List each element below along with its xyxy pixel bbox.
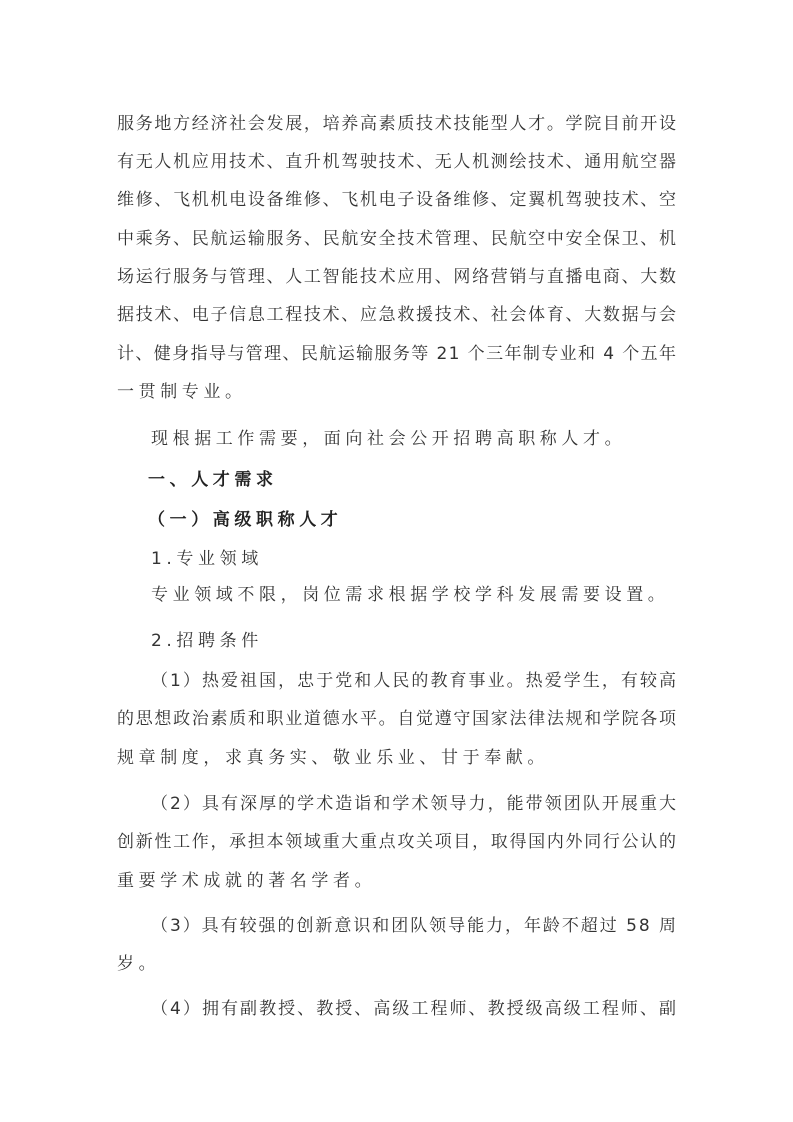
section-heading: （一）高级职称人才 — [148, 508, 342, 532]
paragraph-line: 有无人机应用技术、直升机驾驶技术、无人机测绘技术、通用航空器 — [117, 150, 678, 174]
paragraph-line: （3）具有较强的创新意识和团队领导能力，年龄不超过 58 周 — [151, 914, 678, 938]
paragraph-line: 1.专业领域 — [151, 547, 263, 571]
paragraph-line: 据技术、电子信息工程技术、应急救援技术、社会体育、大数据与会 — [117, 303, 678, 327]
paragraph-line: 中乘务、民航运输服务、民航安全技术管理、民航空中安全保卫、机 — [117, 227, 678, 251]
paragraph-line: （1）热爱祖国，忠于党和人民的教育事业。热爱学生，有较高 — [151, 669, 678, 693]
paragraph-line: 规章制度，求真务实、敬业乐业、甘于奉献。 — [117, 746, 549, 770]
paragraph-line: 重要学术成就的著名学者。 — [117, 869, 376, 893]
paragraph-line: 的思想政治素质和职业道德水平。自觉遵守国家法律法规和学院各项 — [117, 707, 678, 731]
paragraph-line: 创新性工作，承担本领域重大重点攻关项目，取得国内外同行公认的 — [117, 830, 678, 854]
paragraph-line: 2.招聘条件 — [151, 629, 263, 653]
paragraph-line: （2）具有深厚的学术造诣和学术领导力，能带领团队开展重大 — [151, 792, 678, 816]
section-heading: 一、人才需求 — [148, 468, 278, 492]
paragraph-line: （4）拥有副教授、教授、高级工程师、教授级高级工程师、副 — [151, 997, 678, 1021]
paragraph-line: 岁。 — [117, 952, 160, 976]
paragraph-line: 一贯制专业。 — [117, 380, 247, 404]
paragraph-line: 维修、飞机机电设备维修、飞机电子设备维修、定翼机驾驶技术、空 — [117, 188, 678, 212]
paragraph-line: 专业领域不限，岗位需求根据学校学科发展需要设置。 — [151, 583, 669, 607]
paragraph-line: 计、健身指导与管理、民航运输服务等 21 个三年制专业和 4 个五年 — [117, 342, 677, 366]
paragraph-line: 场运行服务与管理、人工智能技术应用、网络营销与直播电商、大数 — [117, 265, 678, 289]
paragraph-line: 服务地方经济社会发展，培养高素质技术技能型人才。学院目前开设 — [117, 112, 678, 136]
paragraph-line: 现根据工作需要，面向社会公开招聘高职称人才。 — [151, 427, 626, 451]
